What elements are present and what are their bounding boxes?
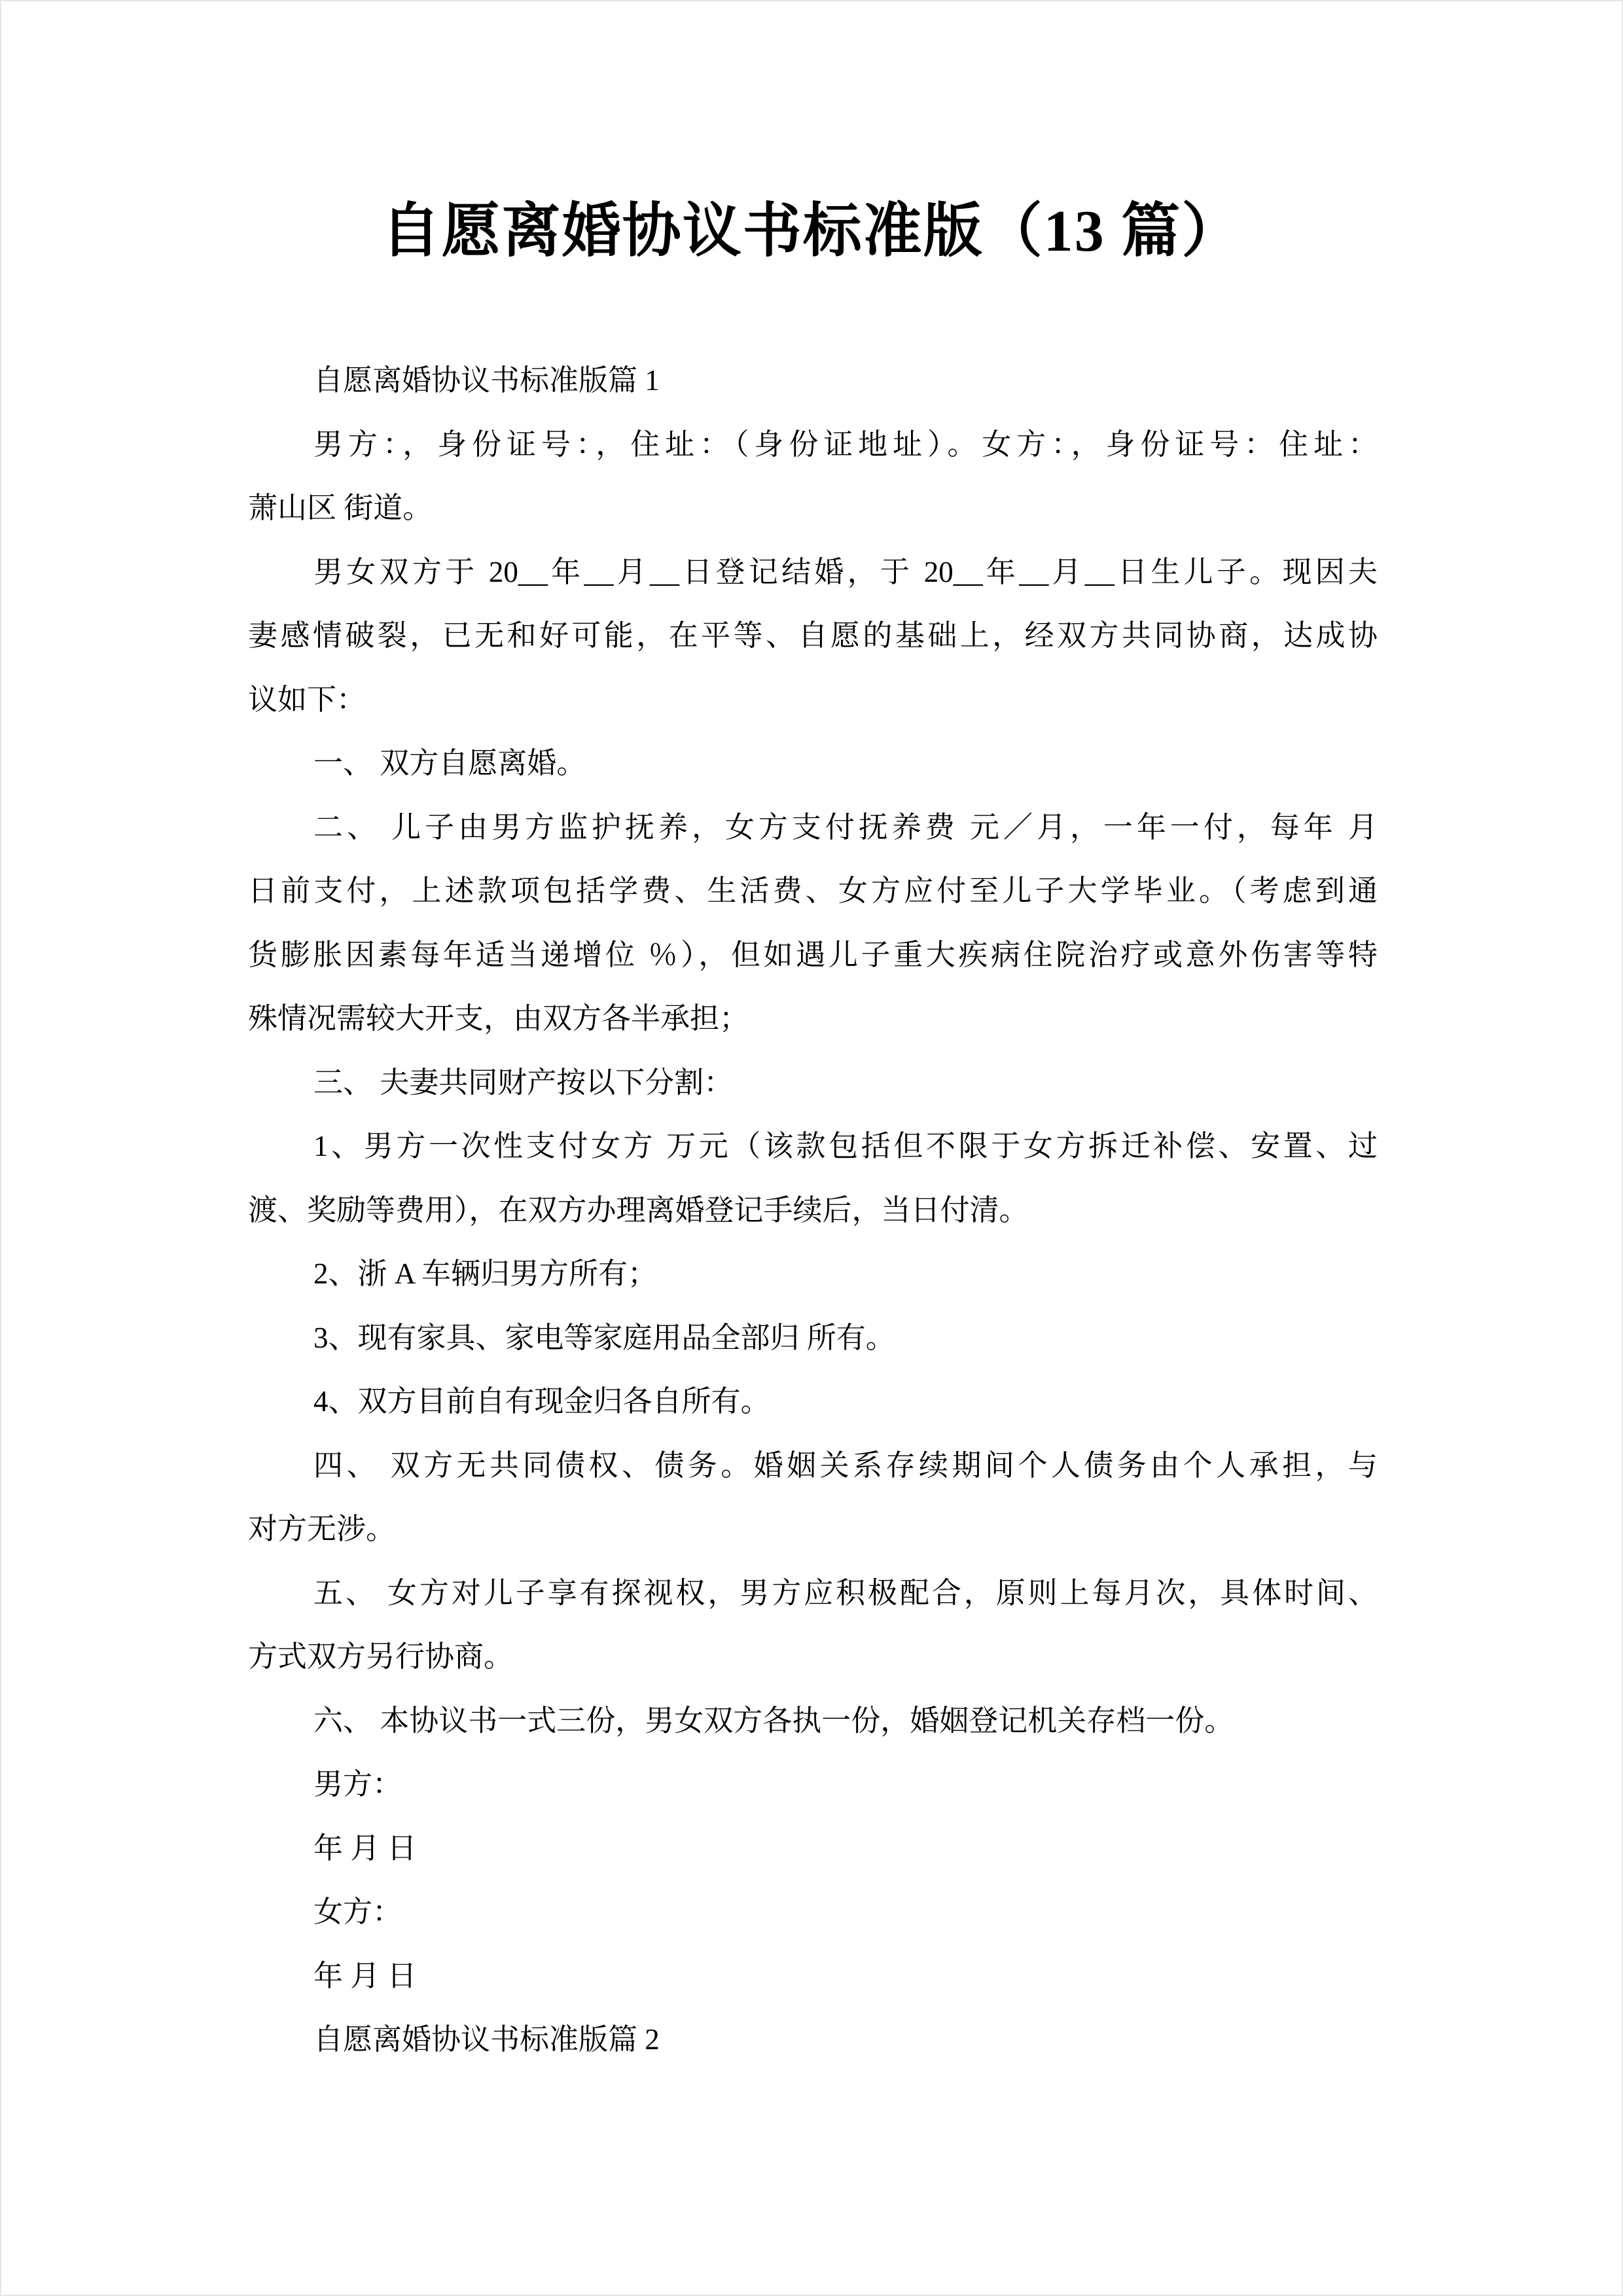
document-line: 对方无涉。 bbox=[248, 1498, 1378, 1562]
document-line: 方式双方另行协商。 bbox=[248, 1625, 1378, 1689]
document-line: 四、 双方无共同债权、债务。婚姻关系存续期间个人债务由个人承担，与 bbox=[248, 1434, 1378, 1498]
document-line: 六、 本协议书一式三份，男女双方各执一份，婚姻登记机关存档一份。 bbox=[248, 1689, 1378, 1753]
document-line: 男方： bbox=[248, 1753, 1378, 1817]
document-line: 三、 夫妻共同财产按以下分割： bbox=[248, 1051, 1378, 1115]
document-line: 自愿离婚协议书标准版篇 2 bbox=[248, 2008, 1378, 2072]
document-line: 二、 儿子由男方监护抚养，女方支付抚养费 元／月，一年一付，每年 月 bbox=[248, 796, 1378, 860]
document-line: 殊情况需较大开支，由双方各半承担； bbox=[248, 987, 1378, 1051]
document-line: 男女双方于 20__年__月__日登记结婚，于 20__年__月__日生儿子。现… bbox=[248, 541, 1378, 605]
document-line: 货膨胀因素每年适当递增位 ％），但如遇儿子重大疾病住院治疗或意外伤害等特 bbox=[248, 924, 1378, 988]
document-body: 自愿离婚协议书标准版篇 1男方：，身份证号：，住址：（身份证地址）。女方：，身份… bbox=[248, 349, 1378, 2072]
document-line: 年 月 日 bbox=[248, 1945, 1378, 2009]
document-page: 自愿离婚协议书标准版（13 篇） 自愿离婚协议书标准版篇 1男方：，身份证号：，… bbox=[0, 0, 1623, 2296]
document-line: 自愿离婚协议书标准版篇 1 bbox=[248, 349, 1378, 413]
document-line: 妻感情破裂，已无和好可能，在平等、自愿的基础上，经双方共同协商，达成协 bbox=[248, 604, 1378, 668]
document-line: 女方： bbox=[248, 1880, 1378, 1945]
document-line: 男方：，身份证号：，住址：（身份证地址）。女方：，身份证号：住址： bbox=[248, 413, 1378, 477]
document-line: 1、男方一次性支付女方 万元（该款包括但不限于女方拆迁补偿、安置、过 bbox=[248, 1115, 1378, 1179]
document-line: 2、浙 A 车辆归男方所有； bbox=[248, 1242, 1378, 1306]
document-page-background: { "document": { "title": "自愿离婚协议书标准版（13 … bbox=[0, 0, 1623, 2296]
document-line: 日前支付，上述款项包括学费、生活费、女方应付至儿子大学毕业。（考虑到通 bbox=[248, 859, 1378, 924]
document-line: 萧山区 街道。 bbox=[248, 476, 1378, 541]
document-line: 渡、奖励等费用），在双方办理离婚登记手续后，当日付清。 bbox=[248, 1179, 1378, 1243]
document-line: 年 月 日 bbox=[248, 1817, 1378, 1881]
document-line: 议如下： bbox=[248, 668, 1378, 732]
document-line: 4、双方目前自有现金归各自所有。 bbox=[248, 1370, 1378, 1434]
document-line: 五、 女方对儿子享有探视权，男方应积极配合，原则上每月次，具体时间、 bbox=[248, 1562, 1378, 1626]
document-line: 一、 双方自愿离婚。 bbox=[248, 732, 1378, 796]
document-title: 自愿离婚协议书标准版（13 篇） bbox=[1, 196, 1622, 267]
document-line: 3、现有家具、家电等家庭用品全部归 所有。 bbox=[248, 1306, 1378, 1371]
